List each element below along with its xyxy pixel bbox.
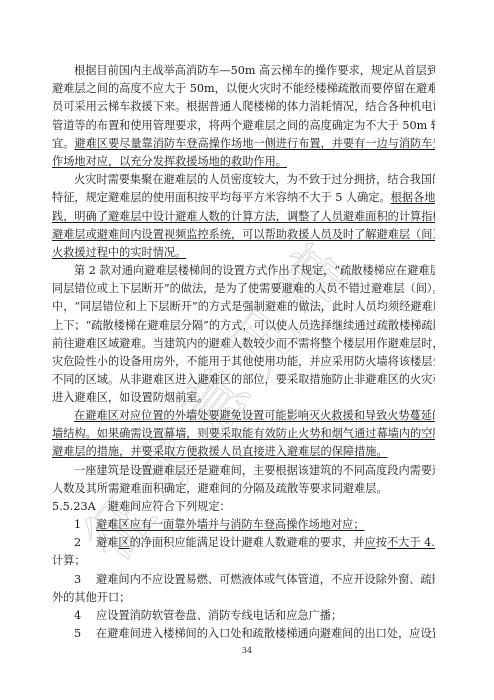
underlined-text: 火救援过程中的实时情况。: [52, 246, 186, 259]
underlined-text: 践，明确了避难层中设计避难人数的计算方法，调整了人员避难面积的计算指标。在: [52, 210, 435, 223]
text-span: 特征，规定避难层的使用面积按平均每平方米容纳不大于 5 人确定。: [52, 191, 391, 204]
underlined-text: 区: [118, 536, 129, 549]
text-span: 按: [376, 536, 387, 549]
text-line: 火救援过程中的实时情况。: [52, 244, 435, 262]
underlined-text: 墙结构。如果确需设置幕墙，则要采取能有效防止火势和烟气通过幕墙内的空腔进入: [52, 427, 435, 440]
text-line: 计算；: [52, 552, 435, 570]
underlined-text: 根据各地工程实: [391, 191, 435, 204]
underlined-text: 应: [365, 536, 376, 549]
text-line: 不同的区域。从非避难区进入避难区的部位，要采取措施防止非避难区的火灾和烟气: [52, 371, 435, 389]
text-line: 员可采用云梯车救援下来。根据普通人爬楼梯的体力消耗情况，结合各种机电设备及: [52, 98, 435, 116]
clause-heading: 5.5.23A避难间应符合下列规定：: [52, 498, 435, 516]
text-line: 进入避难区，如设置防烟前室。: [52, 389, 435, 407]
text-line: 外的其他开口；: [52, 589, 435, 607]
text-line: 人数及其所需避难面积确定，避难间的分隔及疏散等要求同避难层。: [52, 480, 435, 498]
text-line: 作场地对应，以充分发挥救援场地的救助作用。: [52, 153, 435, 171]
text-line: 宜。避难区要尽量靠消防车登高操作场地一侧进行布置，并要有一边与消防车登高操: [52, 135, 435, 153]
text-line: 践，明确了避难层中设计避难人数的计算方法，调整了人员避难面积的计算指标。在: [52, 208, 435, 226]
clause-title: 避难间应符合下列规定：: [108, 500, 231, 513]
document-page: 征求意见稿 根据目前国内主战举高消防车—50m 高云梯车的操作要求，规定从首层到…: [0, 0, 494, 700]
text-span: 在避难间进入楼梯间的入口处和疏散楼梯通向避难间的出口处，应设置明显: [96, 627, 435, 640]
item-number: 4: [74, 607, 96, 625]
text-line: 一座建筑是设置避难层还是避难间，主要根据该建筑的不同高度段内需要避难的: [74, 462, 435, 480]
underlined-text: 在避难区对应位置的外墙处要避免设置可能影响灭火救援和导致火势蔓延的幕: [74, 409, 435, 422]
text-line: 避难层之间的高度不应大于 50m，以便火灾时不能经楼梯疏散而要停留在避难层的人: [52, 80, 435, 98]
item-number: 3: [74, 571, 96, 589]
list-item: 2避难区的净面积应能满足设计避难人数避难的要求，并应按不大于 4.0 人/m2: [74, 534, 435, 552]
text-line: 避难层或避难间内设置视频监控系统，可以帮助救援人员及时了解避难层（间）在灭: [52, 226, 435, 244]
text-line: 避难层的措施，并要采取方便救援人员直接进入避难层的保障措施。: [52, 443, 435, 461]
list-item: 1避难区应有一面靠外墙并与消防车登高操作场地对应；: [74, 516, 435, 534]
underlined-text: 避难区应有一面靠外墙并与消防车登高操作场地对应；: [96, 518, 365, 531]
page-number: 34: [0, 646, 494, 655]
text-span: 应设置消防软管卷盘、消防专线电话和应急广播；: [96, 609, 342, 622]
list-item: 5在避难间进入楼梯间的入口处和疏散楼梯通向避难间的出口处，应设置明显: [74, 625, 435, 643]
text-line: 上下；“疏散楼梯在避难层分隔”的方式，可以使人员选择继续通过疏散楼梯疏散还是: [52, 317, 435, 335]
item-number: 1: [74, 516, 96, 534]
text-line: 墙结构。如果确需设置幕墙，则要采取能有效防止火势和烟气通过幕墙内的空腔进入: [52, 425, 435, 443]
list-item: 3避难间内不应设置易燃、可燃液体或气体管道，不应开设除外窗、疏散门之: [74, 571, 435, 589]
text-line: 根据目前国内主战举高消防车—50m 高云梯车的操作要求，规定从首层到第一个: [74, 62, 435, 80]
underlined-text: 避难层或避难间内设置视频监控系统，可以帮助救援人员及时了解避难层（间）在灭: [52, 228, 435, 241]
text-line: 中，“同层错位和上下层断开”的方式是强制避难的做法，此时人员均须经避难层方能: [52, 298, 435, 316]
text-span: 避难间内不应设置易燃、可燃液体或气体管道，不应开设除外窗、疏散门之: [96, 573, 435, 586]
text-line: 在避难区对应位置的外墙处要避免设置可能影响灭火救援和导致火势蔓延的幕: [74, 407, 435, 425]
item-number: 2: [74, 534, 96, 552]
underlined-text: 不大于 4.0: [387, 536, 435, 549]
list-item: 4应设置消防软管卷盘、消防专线电话和应急广播；: [74, 607, 435, 625]
text-span: 避难: [96, 536, 118, 549]
text-line: 前往避难区域避难。当建筑内的避难人数较少而不需将整个楼层用作避难层时，除火: [52, 335, 435, 353]
underlined-text: 避难层的措施，并要采取方便救援人员直接进入避难层的保障措施。: [52, 445, 388, 458]
text-line: 管道等的布置和使用管理要求，将两个避难层之间的高度确定为不大于 50m 较为适: [52, 117, 435, 135]
text-span: 的净面积应能满足设计避难人数避难的要求，并: [130, 536, 365, 549]
underlined-text: 避难区要尽量靠消防车登高操作场地一侧进行布置，并要有一边与消防车登高操: [74, 137, 435, 150]
text-line: 火灾时需要集聚在避难层的人员密度较大，为不致于过分拥挤，结合我国的人体: [74, 171, 435, 189]
item-number: 5: [74, 625, 96, 643]
text-span: 宜。: [52, 137, 74, 150]
text-line: 灾危险性小的设备用房外，不能用于其他使用功能，并应采用防火墙将该楼层分隔成: [52, 353, 435, 371]
text-line: 特征，规定避难层的使用面积按平均每平方米容纳不大于 5 人确定。根据各地工程实: [52, 189, 435, 207]
underlined-text: 作场地对应，以充分发挥救援场地的救助作用。: [52, 155, 287, 168]
clause-number: 5.5.23A: [52, 500, 96, 513]
text-line: 同层错位或上下层断开”的做法，是为了使需要避难的人员不错过避难层（间）。其: [52, 280, 435, 298]
text-line: 第 2 款对通向避难层楼梯间的设置方式作出了规定，“疏散楼梯应在避难层分隔、: [74, 262, 435, 280]
